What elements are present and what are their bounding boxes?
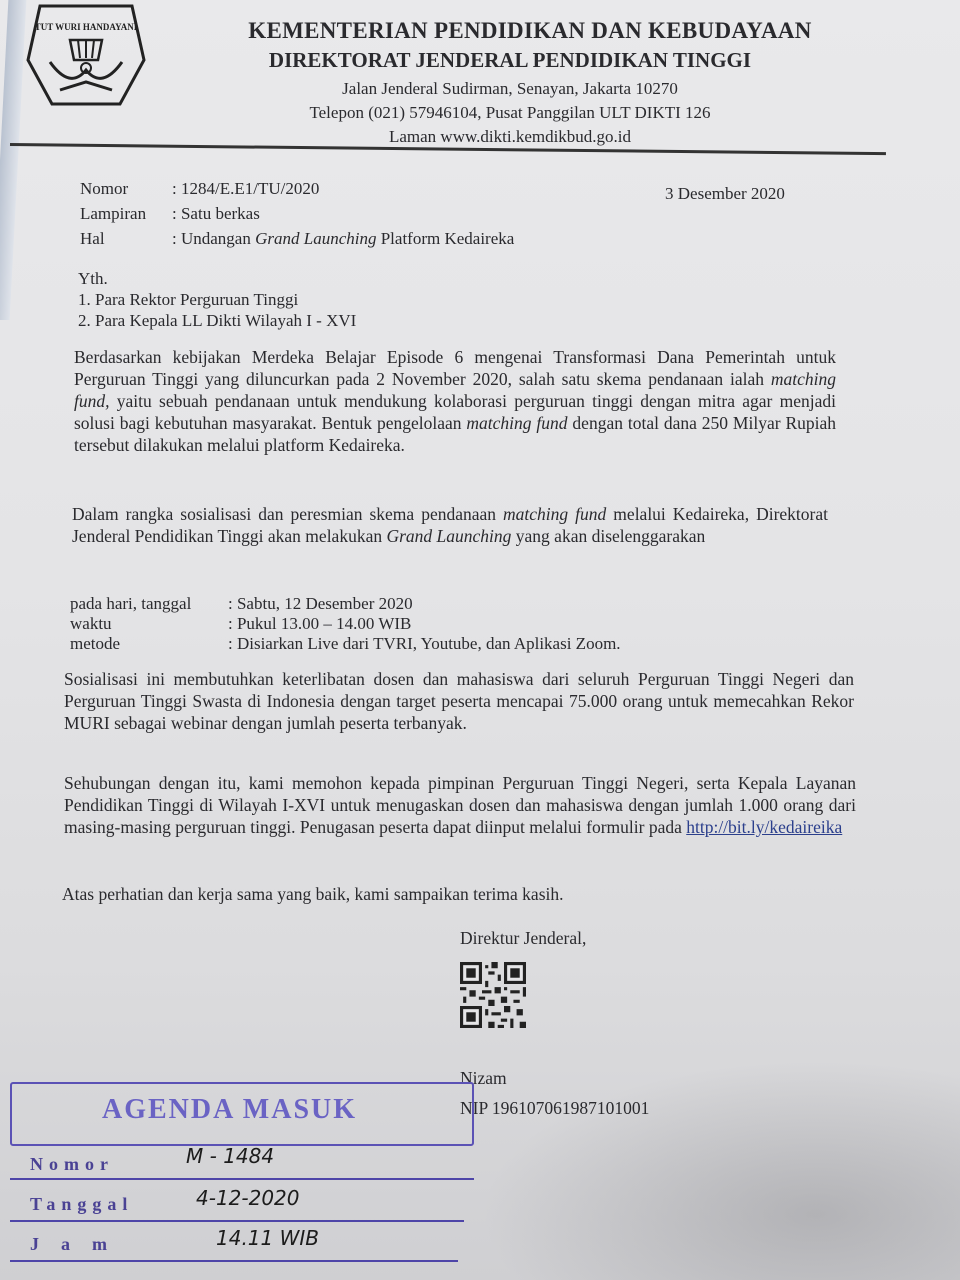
hal-label: Hal (80, 229, 172, 249)
paragraph-3: Sosialisasi ini membutuhkan keterlibatan… (64, 668, 854, 734)
registration-link[interactable]: http://bit.ly/kedaireika (686, 817, 842, 837)
nomor-label: Nomor (80, 179, 172, 199)
stamp-jam-value: 14.11 WIB (216, 1226, 319, 1250)
stamp-divider (10, 1260, 458, 1262)
tut-wuri-handayani-logo-icon: TUT WURI HANDAYANI (20, 0, 152, 112)
letterhead: KEMENTERIAN PENDIDIKAN DAN KEBUDAYAAN DI… (160, 18, 860, 147)
stamp-nomor-value: M - 1484 (186, 1144, 274, 1168)
recipient-item: 1. Para Rektor Perguruan Tinggi (78, 289, 356, 310)
stamp-jam-label: Jam (30, 1234, 129, 1255)
shadow (480, 1060, 960, 1280)
event-schedule: pada hari, tanggal: Sabtu, 12 Desember 2… (70, 594, 621, 654)
incoming-agenda-stamp: AGENDA MASUK Nomor M - 1484 Tanggal 4-12… (10, 1082, 476, 1262)
website: Laman www.dikti.kemdikbud.go.id (160, 127, 860, 147)
letter-date: 3 Desember 2020 (665, 184, 785, 204)
stamp-divider (10, 1220, 464, 1222)
signatory-nip: NIP 196107061987101001 (460, 1098, 649, 1119)
closing-text: Atas perhatian dan kerja sama yang baik,… (62, 884, 564, 905)
hal-value: : Undangan Grand Launching Platform Keda… (172, 229, 514, 249)
signatory-title: Direktur Jenderal, (460, 928, 586, 949)
recipients: Yth. 1. Para Rektor Perguruan Tinggi 2. … (78, 268, 356, 331)
lampiran-value: : Satu berkas (172, 204, 260, 224)
address: Jalan Jenderal Sudirman, Senayan, Jakart… (160, 79, 860, 99)
paragraph-4: Sehubungan dengan itu, kami memohon kepa… (64, 772, 856, 838)
stamp-tanggal-label: Tanggal (30, 1194, 133, 1215)
qr-code-icon (460, 962, 526, 1028)
directorate-name: DIREKTORAT JENDERAL PENDIDIKAN TINGGI (160, 48, 860, 73)
stamp-tanggal-value: 4-12-2020 (196, 1186, 300, 1210)
ministry-name: KEMENTERIAN PENDIDIKAN DAN KEBUDAYAAN (200, 18, 860, 44)
svg-text:TUT WURI HANDAYANI: TUT WURI HANDAYANI (35, 22, 138, 32)
paragraph-2: Dalam rangka sosialisasi dan peresmian s… (72, 503, 828, 547)
salutation: Yth. (78, 268, 356, 289)
stamp-divider (10, 1178, 474, 1180)
phone: Telepon (021) 57946104, Pusat Panggilan … (160, 103, 860, 123)
lampiran-label: Lampiran (80, 204, 172, 224)
stamp-nomor-label: Nomor (30, 1154, 114, 1175)
recipient-item: 2. Para Kepala LL Dikti Wilayah I - XVI (78, 310, 356, 331)
nomor-value: : 1284/E.E1/TU/2020 (172, 179, 319, 199)
stamp-title: AGENDA MASUK (102, 1094, 357, 1126)
letter-meta: Nomor: 1284/E.E1/TU/2020 Lampiran: Satu … (80, 176, 514, 251)
paragraph-1: Berdasarkan kebijakan Merdeka Belajar Ep… (74, 346, 836, 456)
